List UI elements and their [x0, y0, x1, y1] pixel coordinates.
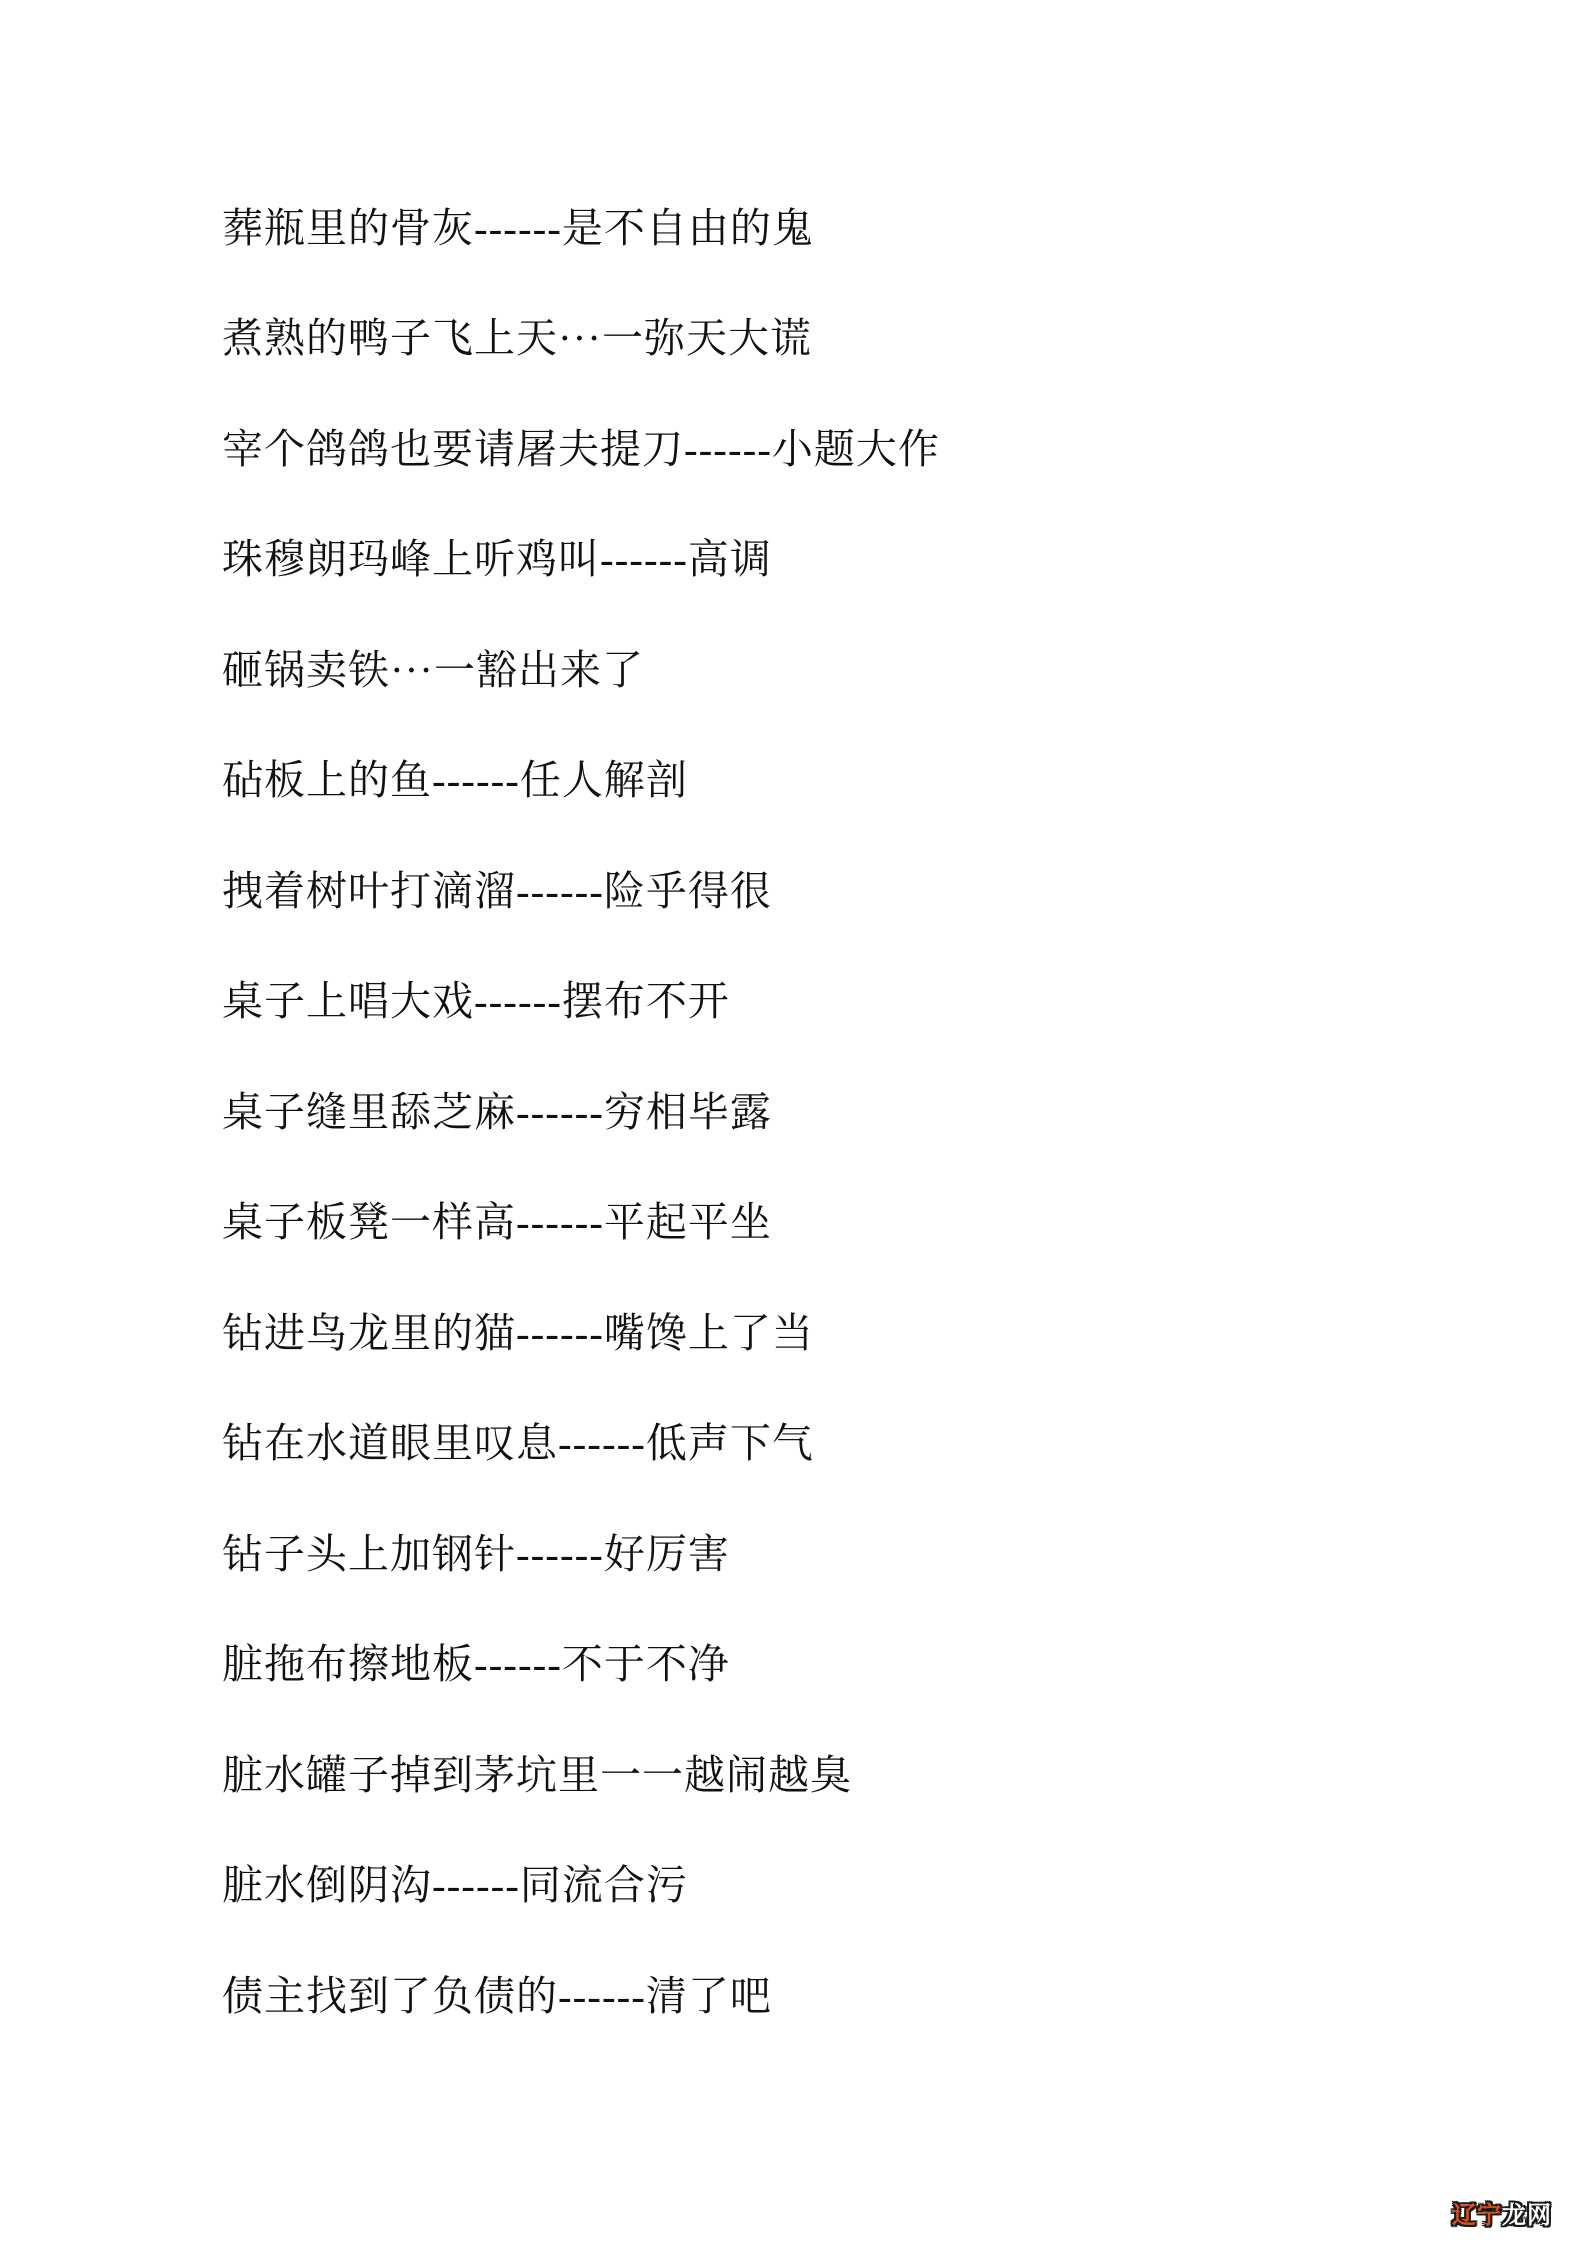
saying-line: 煮熟的鸭子飞上天···一弥天大谎 — [222, 280, 1526, 391]
saying-line: 债主找到了负债的------清了吧 — [222, 1937, 1526, 2048]
saying-line: 桌子板凳一样高------平起平坐 — [222, 1164, 1526, 1275]
watermark: 辽宁龙网 — [1452, 2204, 1552, 2228]
saying-line: 脏拖布擦地板------不于不净 — [222, 1606, 1526, 1717]
saying-line: 脏水倒阴沟------同流合污 — [222, 1827, 1526, 1938]
saying-line: 拽着树叶打滴溜------险乎得很 — [222, 832, 1526, 943]
saying-line: 脏水罐子掉到茅坑里一一越闹越臭 — [222, 1716, 1526, 1827]
saying-line: 葬瓶里的骨灰------是不自由的鬼 — [222, 169, 1526, 280]
watermark-part2: 龙网 — [1502, 2202, 1552, 2229]
saying-line: 钻进鸟龙里的猫------嘴馋上了当 — [222, 1274, 1526, 1385]
sayings-list: 葬瓶里的骨灰------是不自由的鬼 煮熟的鸭子飞上天···一弥天大谎 宰个鸽鸽… — [222, 169, 1526, 2048]
saying-line: 桌子上唱大戏------摆布不开 — [222, 943, 1526, 1054]
saying-line: 钻子头上加钢针------好厉害 — [222, 1495, 1526, 1606]
saying-line: 砧板上的鱼------任人解剖 — [222, 722, 1526, 833]
saying-line: 宰个鸽鸽也要请屠夫提刀------小题大作 — [222, 390, 1526, 501]
saying-line: 砸锅卖铁···一豁出来了 — [222, 611, 1526, 722]
saying-line: 珠穆朗玛峰上听鸡叫------高调 — [222, 501, 1526, 612]
saying-line: 桌子缝里舔芝麻------穷相毕露 — [222, 1053, 1526, 1164]
watermark-part1: 辽宁 — [1452, 2202, 1502, 2229]
saying-line: 钻在水道眼里叹息------低声下气 — [222, 1385, 1526, 1496]
document-page: 葬瓶里的骨灰------是不自由的鬼 煮熟的鸭子飞上天···一弥天大谎 宰个鸽鸽… — [0, 0, 1586, 2244]
